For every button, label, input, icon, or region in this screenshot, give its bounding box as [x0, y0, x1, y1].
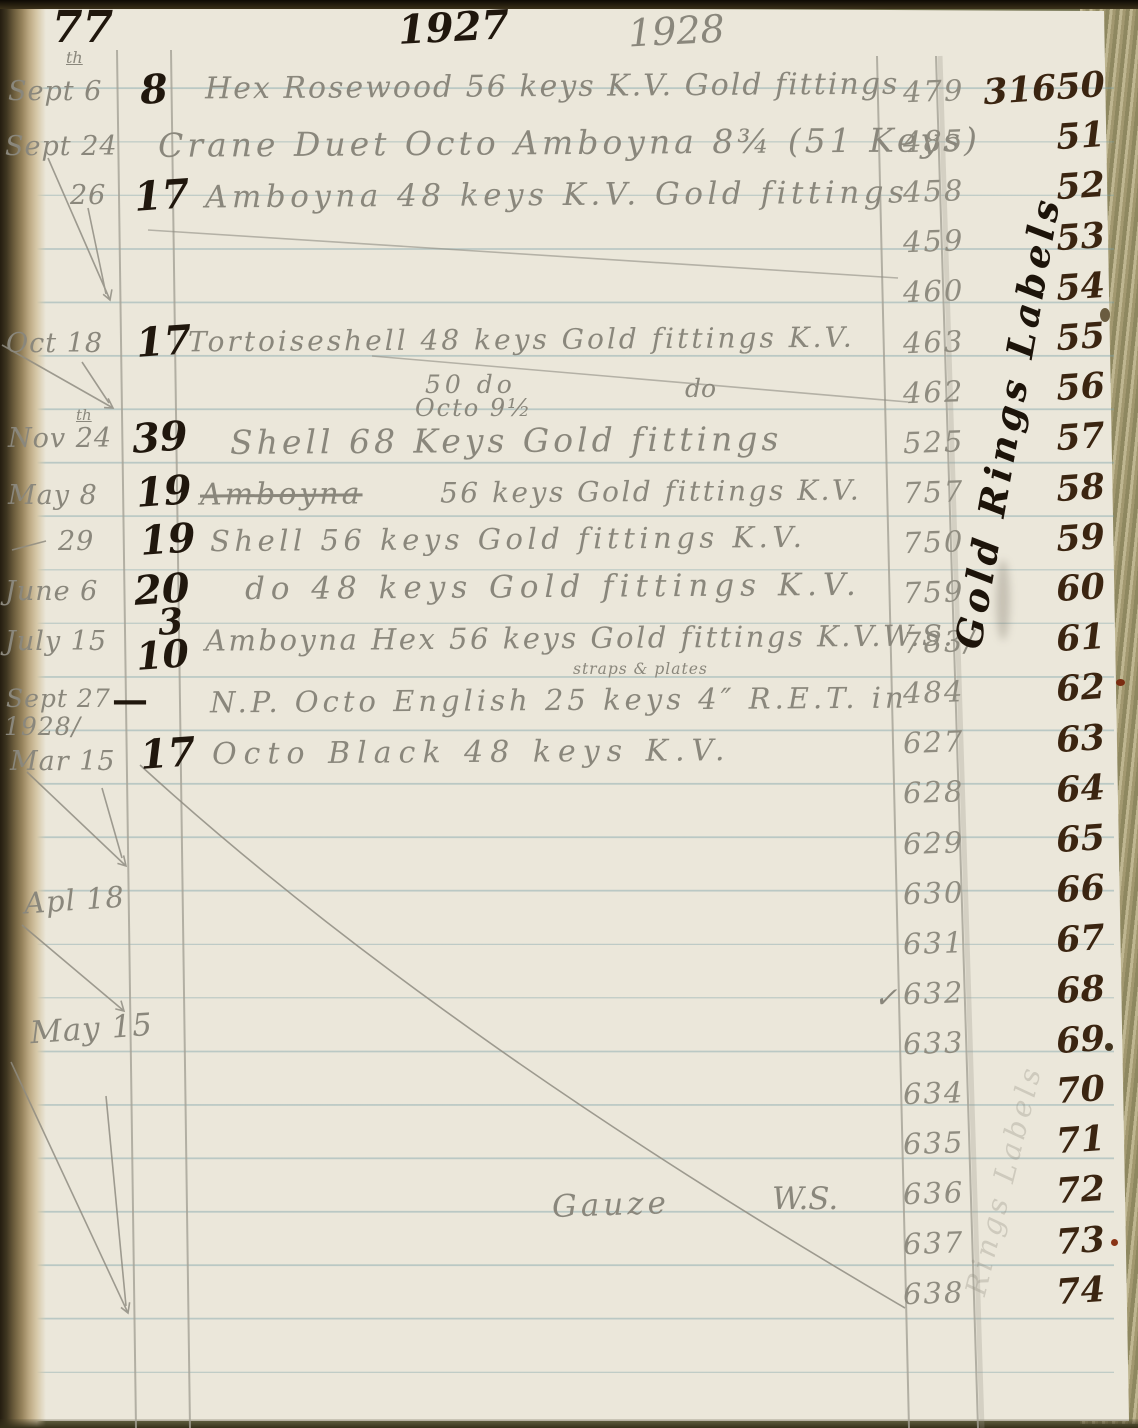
entry-date-year: 1928/: [4, 714, 81, 739]
red-speck: [1111, 1239, 1118, 1246]
page-number: 77: [52, 6, 113, 50]
red-speck: [1116, 679, 1125, 686]
entry-description: N.P. Octo English 25 keys 4″ R.E.T. in: [210, 684, 908, 718]
entry-date: July 15: [5, 628, 107, 655]
margin-date: Apl 18: [23, 883, 126, 919]
entry-description: Octo Black 48 keys K.V.: [212, 736, 732, 770]
entry-qty-dash: —: [112, 682, 148, 718]
ledger-page-photo: { "header": { "page_number": "77", "page…: [0, 0, 1138, 1428]
ink-smudge: [996, 560, 1010, 640]
entry-date: Nov 24: [8, 425, 112, 452]
entry-qty: 8: [139, 69, 170, 111]
entry-qty: 19: [135, 470, 193, 514]
page-number-suffix: th: [66, 50, 83, 66]
entry-note-above: Octo 9½: [415, 396, 532, 420]
entry-date: Sept 24: [5, 133, 118, 160]
entry-description: Crane Duet Octo Amboyna 8¾ (51 Keys): [158, 123, 981, 162]
margin-date: May 15: [29, 1010, 154, 1050]
entry-qty: 39: [131, 416, 189, 460]
entry-qty: 17: [139, 732, 197, 776]
book-top-edge: [0, 0, 1138, 9]
gauze-note: Gauze: [551, 1188, 670, 1223]
ditto-note-right: do: [685, 376, 716, 401]
entry-qty: 17: [135, 320, 193, 364]
entry-description: Shell 68 Keys Gold fittings: [230, 422, 783, 459]
entry-date: Sept 27: [6, 686, 111, 711]
entry-date: May 8: [8, 482, 98, 509]
checkmark: ✓: [874, 984, 897, 1012]
entry-date: June 6: [5, 578, 98, 605]
entry-sub-note: straps & plates: [573, 662, 708, 678]
entry-description: Shell 56 keys Gold fittings K.V.: [210, 523, 807, 556]
entry-date: Sept 6: [8, 78, 102, 105]
book-bottom-edge: [0, 1419, 1138, 1428]
entry-description: Hex Rosewood 56 keys K.V. Gold fittings: [205, 70, 900, 105]
entry-date: 29: [58, 528, 94, 555]
entry-date-suffix: th: [76, 408, 92, 423]
year-1927: 1927: [397, 5, 510, 51]
entry-qty: 17: [133, 174, 191, 218]
dark-speck: [1105, 1043, 1113, 1051]
entry-date: Mar 15: [10, 748, 116, 775]
ws-note: W.S.: [772, 1184, 838, 1215]
entry-description-struck: Amboyna: [200, 479, 363, 510]
entry-qty: 19: [139, 518, 197, 562]
entry-date: Oct 18: [6, 330, 103, 357]
entry-description: Amboyna Hex 56 keys Gold fittings K.V.W.…: [205, 621, 955, 655]
entry-qty: 10: [135, 634, 190, 676]
year-1928: 1928: [627, 9, 726, 52]
entry-description: Amboyna 48 keys K.V. Gold fittings: [205, 178, 909, 214]
entry-description: 56 keys Gold fittings K.V.: [440, 477, 861, 508]
entry-date: 26: [70, 182, 106, 209]
entry-description: do 48 keys Gold fittings K.V.: [245, 570, 862, 605]
dark-speck: [1100, 308, 1110, 322]
entry-description: Tortoiseshell 48 keys Gold fittings K.V.: [188, 324, 855, 357]
